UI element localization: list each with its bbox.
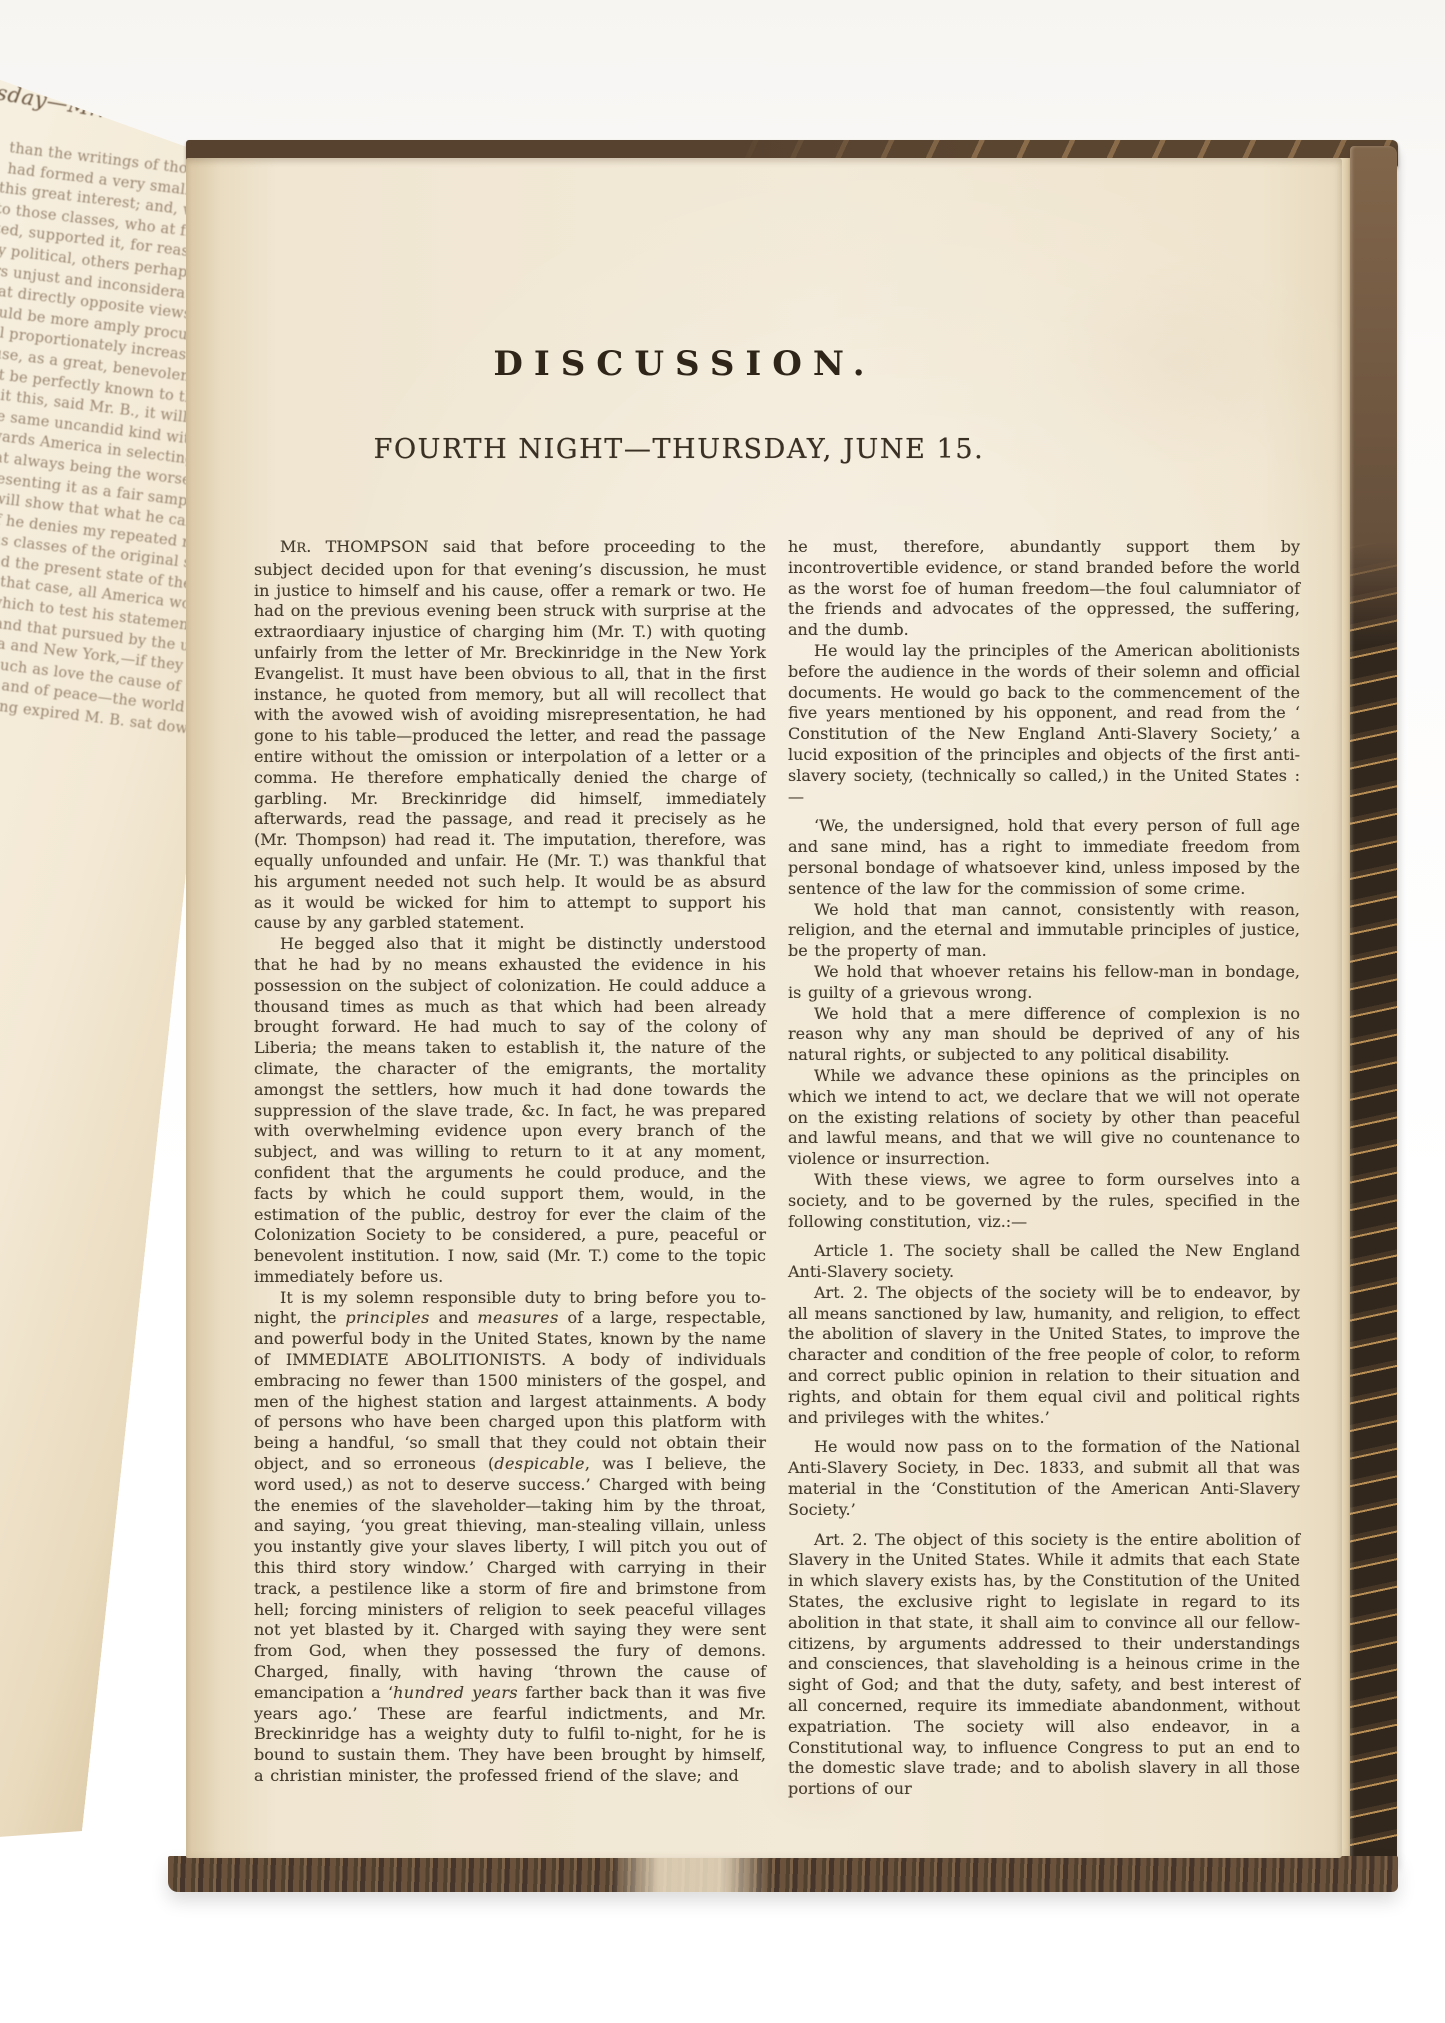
paragraph: He begged also that it might be distinct… bbox=[254, 934, 766, 1288]
left-column: MR. THOMPSON said that before proceeding… bbox=[254, 537, 766, 1800]
paragraph: We hold that a mere difference of comple… bbox=[788, 1004, 1300, 1066]
left-page-running-head: nesday—Mr. Breckinridge. bbox=[0, 76, 268, 150]
paragraph: We hold that whoever retains his fellow-… bbox=[788, 962, 1300, 1004]
paragraph: Article 1. The society shall be called t… bbox=[788, 1241, 1300, 1283]
paragraph: ‘We, the undersigned, hold that every pe… bbox=[788, 816, 1300, 899]
paragraph: he must, therefore, abundantly support t… bbox=[788, 537, 1300, 641]
paragraph: He would lay the principles of the Ameri… bbox=[788, 641, 1300, 807]
paragraph: Art. 2. The object of this society is th… bbox=[788, 1530, 1300, 1800]
book-page: DISCUSSION. FOURTH NIGHT—THURSDAY, JUNE … bbox=[186, 158, 1342, 1858]
paragraph: He would now pass on to the formation of… bbox=[788, 1437, 1300, 1520]
paragraph: With these views, we agree to form ourse… bbox=[788, 1170, 1300, 1232]
book-cover-board bbox=[1350, 146, 1397, 1868]
text-columns: MR. THOMPSON said that before proceeding… bbox=[186, 465, 1342, 1800]
page-subtitle: FOURTH NIGHT—THURSDAY, JUNE 15. bbox=[186, 434, 1257, 465]
page-title: DISCUSSION. bbox=[186, 344, 1257, 384]
photo-background: nesday—Mr. Breckinridge. the than the wr… bbox=[0, 0, 1445, 2023]
book-bottom-edge bbox=[168, 1856, 1398, 1892]
paragraph: While we advance these opinions as the p… bbox=[788, 1066, 1300, 1170]
right-column: he must, therefore, abundantly support t… bbox=[788, 537, 1300, 1800]
paragraph: MR. THOMPSON said that before proceeding… bbox=[254, 537, 766, 934]
heading-block: DISCUSSION. FOURTH NIGHT—THURSDAY, JUNE … bbox=[186, 344, 1257, 465]
paragraph: Art. 2. The objects of the society will … bbox=[788, 1283, 1300, 1429]
paragraph: We hold that man cannot, consistently wi… bbox=[788, 900, 1300, 962]
paragraph: It is my solemn responsible duty to brin… bbox=[254, 1288, 766, 1787]
